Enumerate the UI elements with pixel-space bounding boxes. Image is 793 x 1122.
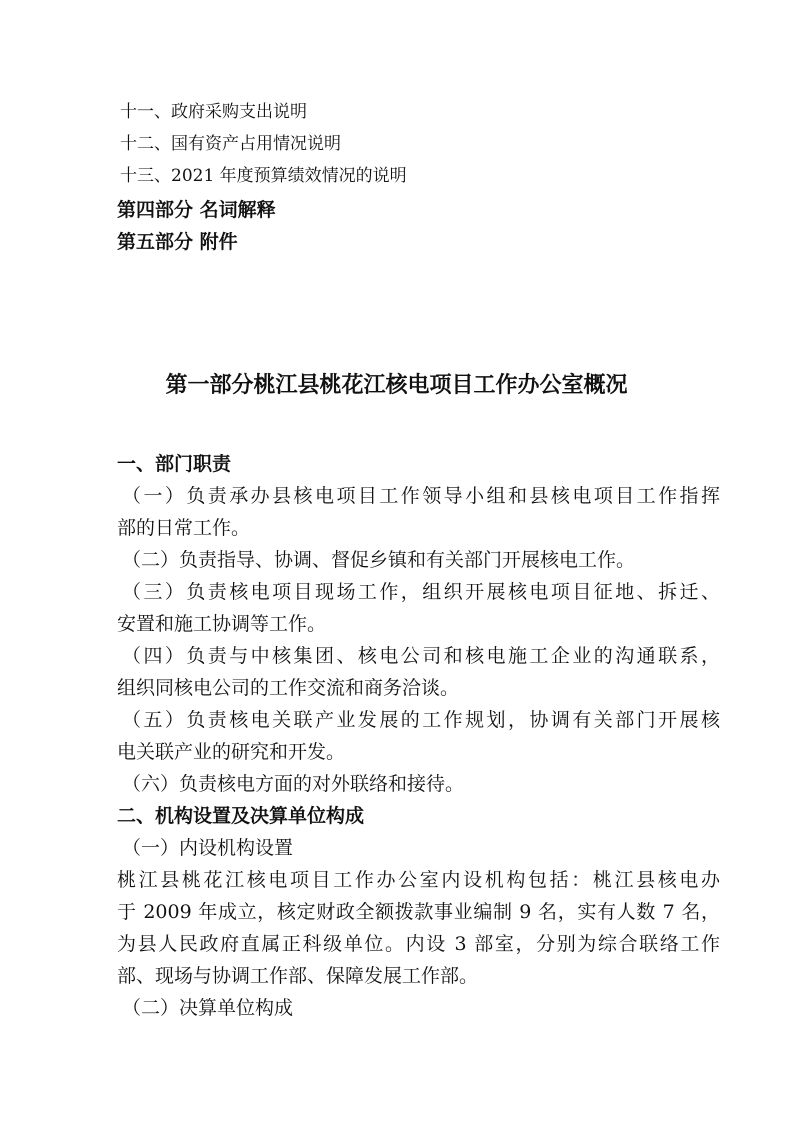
duty-line: （二）负责指导、协调、督促乡镇和有关部门开展核电工作。 bbox=[122, 548, 635, 572]
duty-line: （五）负责核电关联产业发展的工作规划，协调有关部门开展核 bbox=[122, 708, 720, 732]
duty-line: 安置和施工协调等工作。 bbox=[117, 612, 326, 636]
org-heading: 二、机构设置及决算单位构成 bbox=[117, 804, 364, 828]
org-line: 部、现场与协调工作部、保障发展工作部。 bbox=[117, 964, 478, 988]
org-line: 桃江县桃花江核电项目工作办公室内设机构包括：桃江县核电办 bbox=[117, 868, 720, 892]
toc-item-12: 十二、国有资产占用情况说明 bbox=[120, 132, 341, 156]
toc-item-11: 十一、政府采购支出说明 bbox=[120, 100, 307, 124]
duties-heading: 一、部门职责 bbox=[117, 452, 231, 476]
org-line: 为县人民政府直属正科级单位。内设 3 部室，分别为综合联络工作 bbox=[117, 932, 720, 956]
duty-line: （四）负责与中核集团、核电公司和核电施工企业的沟通联系， bbox=[122, 644, 720, 668]
toc-part-5: 第五部分 附件 bbox=[117, 230, 238, 254]
org-subheading-internal: （一）内设机构设置 bbox=[122, 836, 293, 860]
duty-line: 电关联产业的研究和开发。 bbox=[117, 740, 345, 764]
org-subheading-units: （二）决算单位构成 bbox=[122, 996, 293, 1020]
toc-item-13: 十三、2021 年度预算绩效情况的说明 bbox=[120, 164, 407, 188]
org-line: 于 2009 年成立，核定财政全额拨款事业编制 9 名，实有人数 7 名， bbox=[117, 900, 720, 924]
duty-line: （一）负责承办县核电项目工作领导小组和县核电项目工作指挥 bbox=[122, 484, 720, 508]
duty-line: 部的日常工作。 bbox=[117, 516, 250, 540]
duty-line: 组织同核电公司的工作交流和商务洽谈。 bbox=[117, 676, 459, 700]
section-title: 第一部分桃江县桃花江核电项目工作办公室概况 bbox=[0, 374, 793, 398]
toc-part-4: 第四部分 名词解释 bbox=[117, 198, 276, 222]
duty-line: （六）负责核电方面的对外联络和接待。 bbox=[122, 772, 464, 796]
duty-line: （三）负责核电项目现场工作，组织开展核电项目征地、拆迁、 bbox=[122, 580, 720, 604]
